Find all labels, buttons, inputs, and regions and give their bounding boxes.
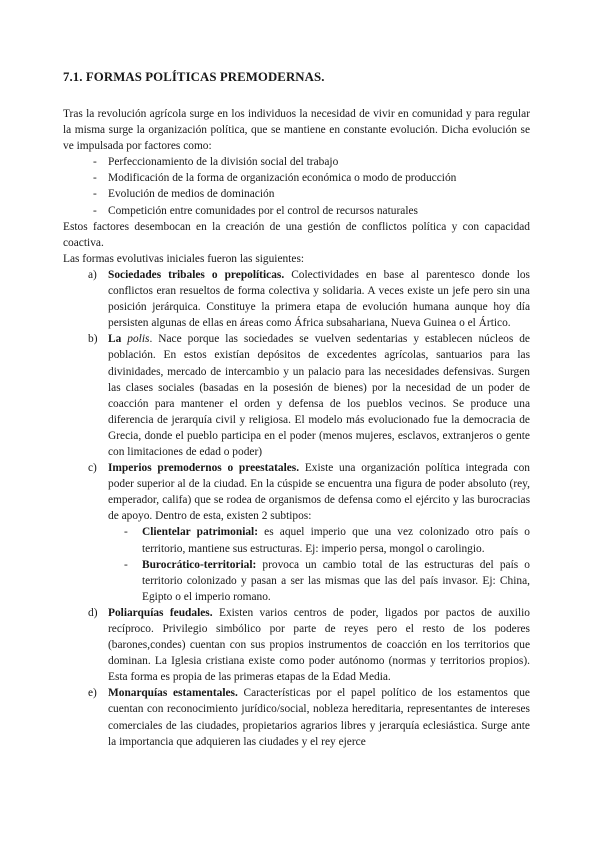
factor-text: Modificación de la forma de organización… [108, 172, 456, 184]
subtype-item-1: -Clientelar patrimonial: es aquel imperi… [108, 524, 530, 556]
form-item-d: d)Poliarquías feudales. Existen varios c… [63, 605, 530, 685]
list-marker: c) [88, 460, 97, 476]
form-lead: Imperios premodernos o preestatales. [108, 462, 305, 474]
form-lead: La [108, 333, 127, 345]
factor-item-2: -Modificación de la forma de organizació… [63, 170, 530, 186]
factor-item-3: -Evolución de medios de dominación [63, 186, 530, 202]
form-lead: Poliarquías feudales. [108, 607, 219, 619]
form-item-a: a)Sociedades tribales o prepolíticas. Co… [63, 267, 530, 331]
form-lead: Sociedades tribales o prepolíticas. [108, 269, 291, 281]
list-marker: b) [88, 331, 98, 347]
subtype-lead: Burocrático-territorial: [142, 559, 262, 571]
list-marker: d) [88, 605, 98, 621]
form-item-b: b)La polis. Nace porque las sociedades s… [63, 331, 530, 460]
factor-item-4: -Competición entre comunidades por el co… [63, 203, 530, 219]
form-body: . Nace porque las sociedades se vuelven … [108, 333, 530, 458]
list-marker: e) [88, 685, 97, 701]
intro-paragraph: Tras la revolución agrícola surge en los… [63, 106, 530, 154]
form-item-c: c)Imperios premodernos o preestatales. E… [63, 460, 530, 605]
after-factors-paragraph: Estos factores desembocan en la creación… [63, 219, 530, 251]
list-marker: a) [88, 267, 97, 283]
subtype-item-2: -Burocrático-territorial: provoca un cam… [108, 557, 530, 605]
form-item-e: e)Monarquías estamentales. Característic… [63, 685, 530, 749]
page-title: 7.1. FORMAS POLÍTICAS PREMODERNAS. [63, 70, 530, 85]
forms-intro-line: Las formas evolutivas iniciales fueron l… [63, 251, 530, 267]
form-lead: Monarquías estamentales. [108, 687, 244, 699]
forms-list: a)Sociedades tribales o prepolíticas. Co… [63, 267, 530, 750]
factor-text: Competición entre comunidades por el con… [108, 205, 418, 217]
dash-bullet: - [93, 170, 97, 186]
dash-bullet: - [124, 524, 128, 540]
factors-list: -Perfeccionamiento de la división social… [63, 154, 530, 218]
dash-bullet: - [93, 186, 97, 202]
factor-text: Evolución de medios de dominación [108, 188, 274, 200]
dash-bullet: - [124, 557, 128, 573]
document-page: 7.1. FORMAS POLÍTICAS PREMODERNAS. Tras … [0, 0, 600, 848]
factor-text: Perfeccionamiento de la división social … [108, 156, 338, 168]
dash-bullet: - [93, 203, 97, 219]
dash-bullet: - [93, 154, 97, 170]
factor-item-1: -Perfeccionamiento de la división social… [63, 154, 530, 170]
form-lead-italic: polis [127, 333, 149, 345]
subtype-lead: Clientelar patrimonial: [142, 526, 264, 538]
